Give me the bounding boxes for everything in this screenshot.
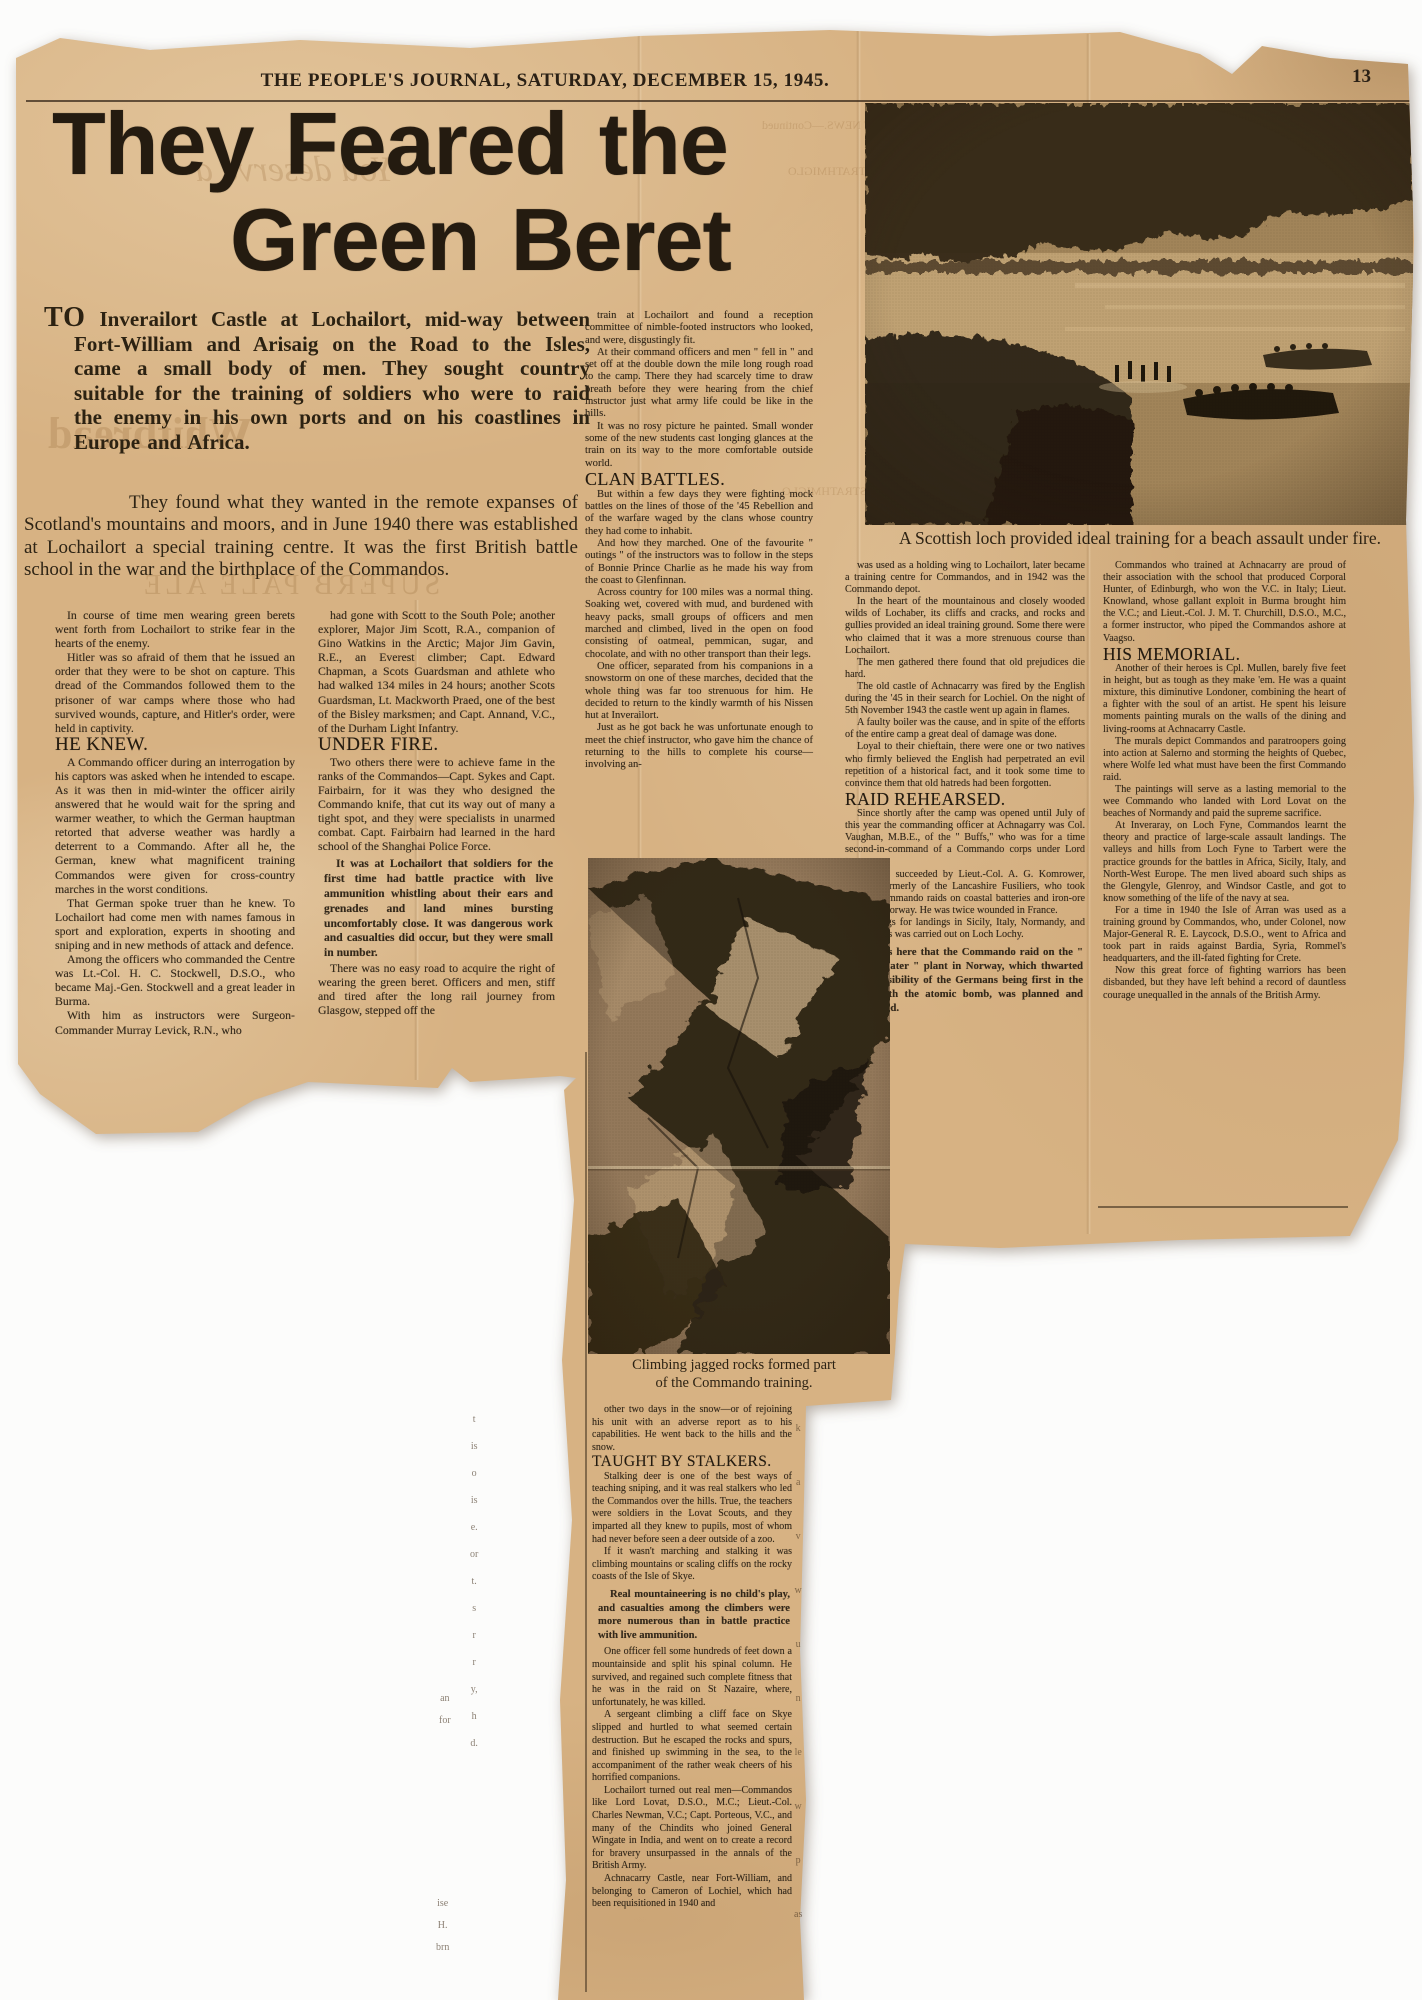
beach-assault-illustration [865,103,1413,525]
paragraph: And how they marched. One of the favouri… [585,538,813,587]
paragraph: In course of time men wearing green bere… [55,608,295,650]
caption-rock-climbing: Climbing jagged rocks formed part of the… [578,1356,890,1392]
ghost-text: STRATHMIGLO [788,164,873,179]
paragraph: One officer fell some hundreds of feet d… [592,1646,792,1709]
paragraph: Achnacarry Castle, near Fort-William, an… [592,1873,792,1911]
paragraph-bold: It was at Lochailort that soldiers for t… [318,857,555,961]
paragraph: other two days in the snow—or of rejoini… [592,1404,792,1454]
paragraph-bold: Real mountaineering is no child's play, … [592,1588,792,1642]
paragraph: A Commando officer during an interrogati… [55,755,295,896]
column-1: In course of time men wearing green bere… [55,608,295,1037]
paragraph: Two others there were to achieve fame in… [318,755,555,854]
section-heading-raid-rehearsed: RAID REHEARSED. [845,790,1085,808]
paragraph: The paintings will serve as a lasting me… [1103,784,1346,820]
paragraph: At their command officers and men " fell… [585,347,813,421]
column-5: Commandos who trained at Achnacarry are … [1103,560,1346,1002]
paragraph: Commandos who trained at Achnacarry are … [1103,560,1346,645]
paragraph: train at Lochailort and found a receptio… [585,310,813,347]
newspaper-clipping-wrapper: You deserve a Whitbread DISTRICT NEWS.—C… [0,0,1422,2000]
paragraph: Hitler was so afraid of them that he iss… [55,650,295,735]
edge-fragments-left: ise H. brn [436,1893,449,1959]
lead-initial: TO [44,302,86,333]
paragraph: At Inveraray, on Loch Fyne, Commandos le… [1103,820,1346,905]
paragraph: For a time in 1940 the Isle of Arran was… [1103,905,1346,965]
photo-beach-assault [865,103,1413,525]
lead-text: Inverailort Castle at Lochailort, mid-wa… [74,307,590,454]
section-heading-taught-by-stalkers: TAUGHT BY STALKERS. [592,1454,792,1470]
newspaper-clipping: You deserve a Whitbread DISTRICT NEWS.—C… [0,0,1422,2000]
paragraph: With him as instructors were Surgeon-Com… [55,1008,295,1036]
paragraph: But within a few days they were fighting… [585,489,813,538]
section-heading-he-knew: HE KNEW. [55,735,295,755]
section-heading-under-fire: UNDER FIRE. [318,735,555,755]
column-2: had gone with Scott to the South Pole; a… [318,608,555,1017]
paragraph: The old castle of Achnacarry was fired b… [845,681,1085,717]
page-number: 13 [1352,66,1371,88]
lead-paragraph: TO Inverailort Castle at Lochailort, mid… [44,306,590,455]
article-end-rule [1098,1206,1348,1208]
paragraph: Across country for 100 miles was a norma… [585,587,813,661]
paragraph: A sergeant climbing a cliff face on Skye… [592,1709,792,1785]
paragraph: One officer, separated from his companio… [585,661,813,722]
paragraph: There was no easy road to acquire the ri… [318,961,555,1017]
paragraph: In the heart of the mountainous and clos… [845,596,1085,656]
edge-fragments-left: an for [439,1688,451,1732]
column-rule [585,1052,587,1992]
strip-column: other two days in the snow—or of rejoini… [592,1404,792,1911]
paragraph: Just as he got back he was unfortunate e… [585,722,813,771]
headline-line-1: They Feared the [52,100,728,188]
edge-fragments-left: t is o is e. or t. s r r y, h d. [470,1406,478,1757]
photo-rock-climbing [588,858,890,1354]
paragraph: Another of their heroes is Cpl. Mullen, … [1103,663,1346,736]
paragraph: Loyal to their chieftain, there were one… [845,741,1085,789]
section-heading-clan-battles: CLAN BATTLES. [585,470,813,489]
masthead: THE PEOPLE'S JOURNAL, SATURDAY, DECEMBER… [0,70,1090,92]
rock-climbing-illustration [588,858,890,1354]
column-3: train at Lochailort and found a receptio… [585,310,813,772]
headline-line-2: Green Beret [230,196,731,284]
section-heading-his-memorial: HIS MEMORIAL. [1103,645,1346,663]
paragraph: That German spoke truer than he knew. To… [55,896,295,952]
paragraph: The murals depict Commandos and paratroo… [1103,736,1346,784]
paragraph: Among the officers who commanded the Cen… [55,952,295,1008]
paragraph: Stalking deer is one of the best ways of… [592,1471,792,1547]
lead-paragraph-2: They found what they wanted in the remot… [24,492,578,581]
paragraph: A faulty boiler was the cause, and in sp… [845,717,1085,741]
paragraph: The men gathered there found that old pr… [845,657,1085,681]
paragraph: If it wasn't marching and stalking it wa… [592,1546,792,1584]
paragraph: It was no rosy picture he painted. Small… [585,421,813,470]
caption-beach-assault: A Scottish loch provided ideal training … [880,528,1400,549]
paragraph: Lochailort turned out real men—Commandos… [592,1785,792,1873]
paragraph: had gone with Scott to the South Pole; a… [318,608,555,735]
paragraph: was used as a holding wing to Lochailort… [845,560,1085,596]
paragraph: Now this great force of fighting warrior… [1103,965,1346,1001]
edge-fragments-right: k a v w u n le w p as [794,1402,802,1942]
